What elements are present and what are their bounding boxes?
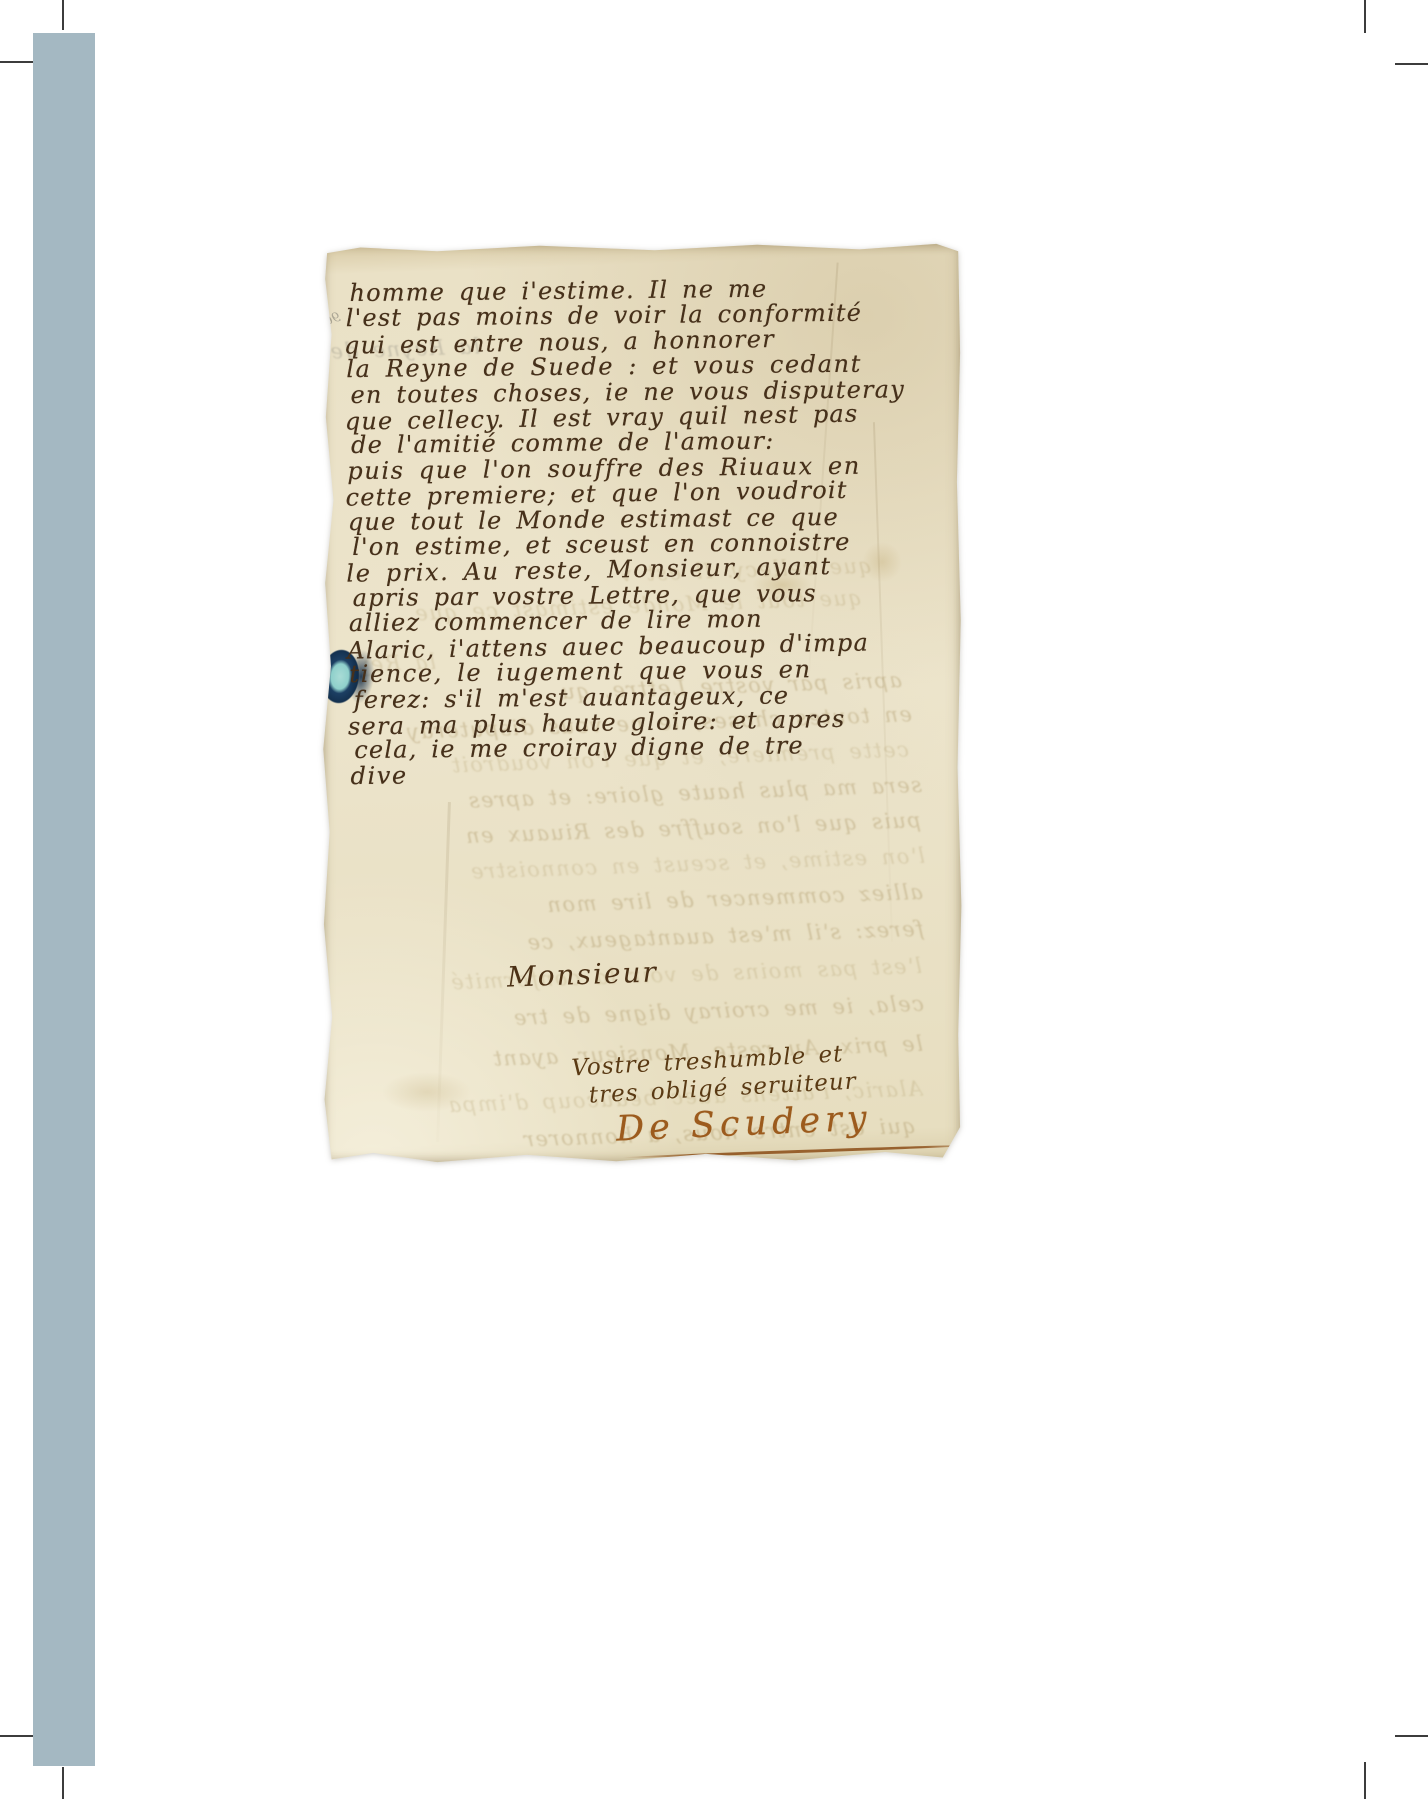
crop-mark-top-right-horizontal	[1395, 63, 1428, 65]
paper-stain	[382, 1072, 472, 1112]
closing-salutation: Monsieur	[506, 955, 658, 993]
margin-color-bar	[33, 33, 95, 1766]
crop-mark-top-right-vertical	[1364, 0, 1366, 33]
manuscript-letter-photo: que cellecy. Il est vray quil nest pas q…	[322, 242, 962, 1164]
crop-mark-bottom-left-vertical	[62, 1767, 64, 1799]
book-page-scan: que cellecy. Il est vray quil nest pas q…	[0, 0, 1428, 1799]
crop-mark-bottom-left-horizontal	[0, 1735, 35, 1737]
bleedthrough-ghost-text: ferez: s'il m'est auantageux, ce	[336, 917, 924, 962]
signature-de-scudery: De Scudery	[615, 1098, 872, 1149]
closing-valediction: Vostre treshumble et tres obligé seruite…	[571, 1041, 858, 1110]
letter-body-text: homme que i'estime. Il ne me l'est pas m…	[345, 275, 940, 789]
letter-paper: que cellecy. Il est vray quil nest pas q…	[322, 242, 962, 1164]
pencil-margin-note: 96	[322, 310, 342, 329]
crop-mark-top-left-vertical	[62, 0, 64, 30]
paper-crease	[436, 802, 451, 1142]
bleedthrough-ghost-text: alliez commencer de lire mon	[348, 880, 923, 924]
crop-mark-bottom-right-vertical	[1364, 1762, 1366, 1799]
bleedthrough-ghost-text: l'on estime, et sceust en connoistre	[340, 844, 925, 888]
bleedthrough-ghost-text: puis que l'on souffre des Riuaux en	[356, 808, 921, 852]
crop-mark-bottom-right-horizontal	[1395, 1735, 1428, 1737]
crop-mark-top-left-horizontal	[0, 61, 35, 63]
bleedthrough-ghost-text: cela, ie me croiray digne de tre	[332, 992, 924, 1037]
